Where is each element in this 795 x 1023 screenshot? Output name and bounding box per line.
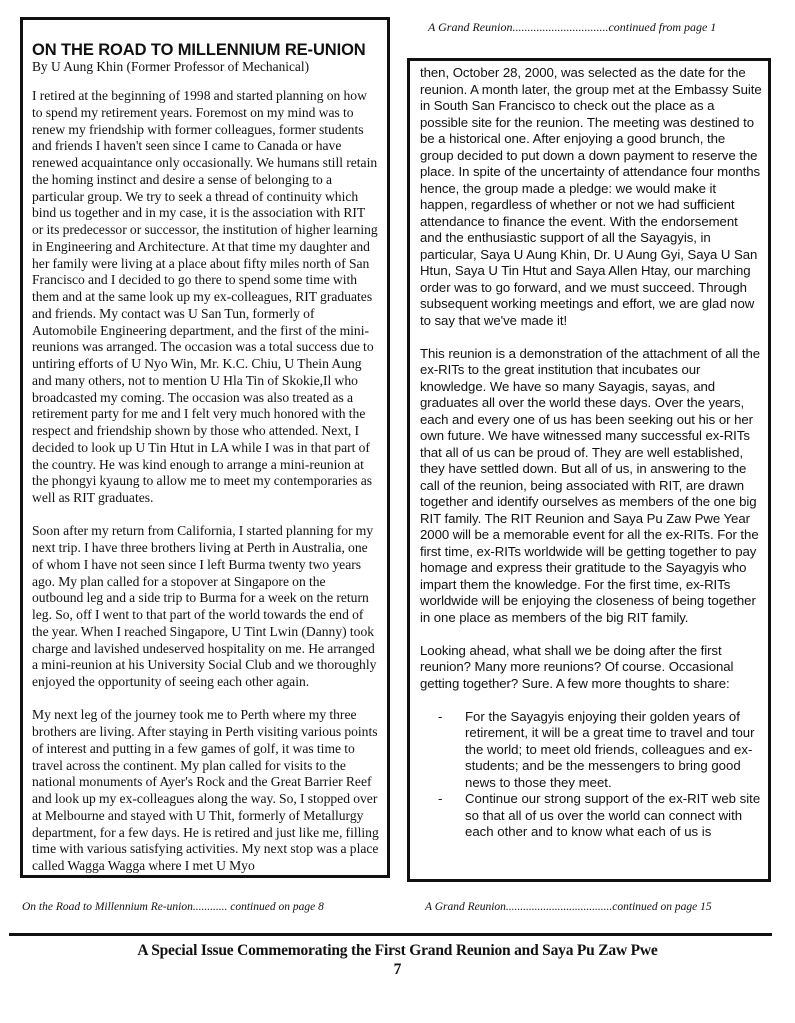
article-paragraph: My next leg of the journey took me to Pe… (32, 707, 379, 875)
article-paragraph: then, October 28, 2000, was selected as … (420, 65, 762, 329)
page-number: 7 (0, 961, 795, 979)
continued-on-note-right: A Grand Reunion.........................… (425, 901, 775, 913)
thoughts-list: - For the Sayagyis enjoying their golden… (420, 709, 762, 841)
list-item-text: Continue our strong support of the ex-RI… (465, 791, 760, 839)
list-item-text: For the Sayagyis enjoying their golden y… (465, 709, 755, 790)
article-paragraph: I retired at the beginning of 1998 and s… (32, 88, 379, 507)
continued-on-note-left: On the Road to Millennium Re-union......… (22, 901, 392, 913)
footer-divider (9, 933, 772, 936)
dash-bullet-icon: - (438, 791, 442, 808)
article-title: ON THE ROAD TO MILLENNIUM RE-UNION (32, 41, 379, 59)
right-article-box: then, October 28, 2000, was selected as … (407, 58, 771, 882)
footer-title: A Special Issue Commemorating the First … (0, 942, 795, 960)
article-paragraph: Soon after my return from California, I … (32, 523, 379, 691)
continued-from-note: A Grand Reunion.........................… (428, 20, 768, 35)
article-paragraph: Looking ahead, what shall we be doing af… (420, 643, 762, 693)
article-paragraph: This reunion is a demonstration of the a… (420, 346, 762, 627)
dash-bullet-icon: - (438, 709, 442, 726)
left-article-box: ON THE ROAD TO MILLENNIUM RE-UNION By U … (20, 17, 390, 878)
article-byline: By U Aung Khin (Former Professor of Mech… (32, 59, 379, 74)
list-item: - For the Sayagyis enjoying their golden… (420, 709, 762, 792)
list-item: - Continue our strong support of the ex-… (420, 791, 762, 841)
newsletter-page: ON THE ROAD TO MILLENNIUM RE-UNION By U … (0, 0, 795, 1023)
